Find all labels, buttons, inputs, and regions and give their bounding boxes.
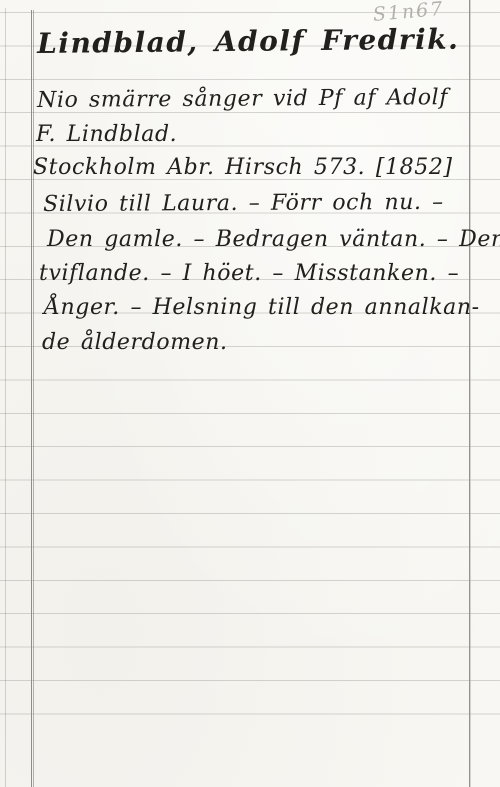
imprint-line: Stockholm Abr. Hirsch 573. [1852] xyxy=(33,157,453,179)
ruled-lines xyxy=(0,12,500,715)
contents-line-4: Ånger. – Helsning till den annalkan- xyxy=(44,297,480,319)
contents-line-1: Silvio till Laura. – Förr och nu. – xyxy=(43,192,444,216)
catalog-card: S1n67 Lindblad, Adolf Fredrik. Nio smärr… xyxy=(0,0,500,787)
contents-line-3: tviflande. – I höet. – Misstanken. – xyxy=(39,263,459,285)
left-margin-line xyxy=(31,10,32,787)
author-heading: Lindblad, Adolf Fredrik. xyxy=(37,26,459,58)
title-line-2: F. Lindblad. xyxy=(36,124,177,146)
right-margin-line xyxy=(469,0,470,787)
title-line-1: Nio smärre sånger vid Pf af Adolf xyxy=(37,87,448,112)
contents-line-5: de ålderdomen. xyxy=(42,332,228,354)
contents-line-2: Den gamle. – Bedragen väntan. – Den xyxy=(47,229,500,251)
left-edge-line xyxy=(5,8,6,787)
